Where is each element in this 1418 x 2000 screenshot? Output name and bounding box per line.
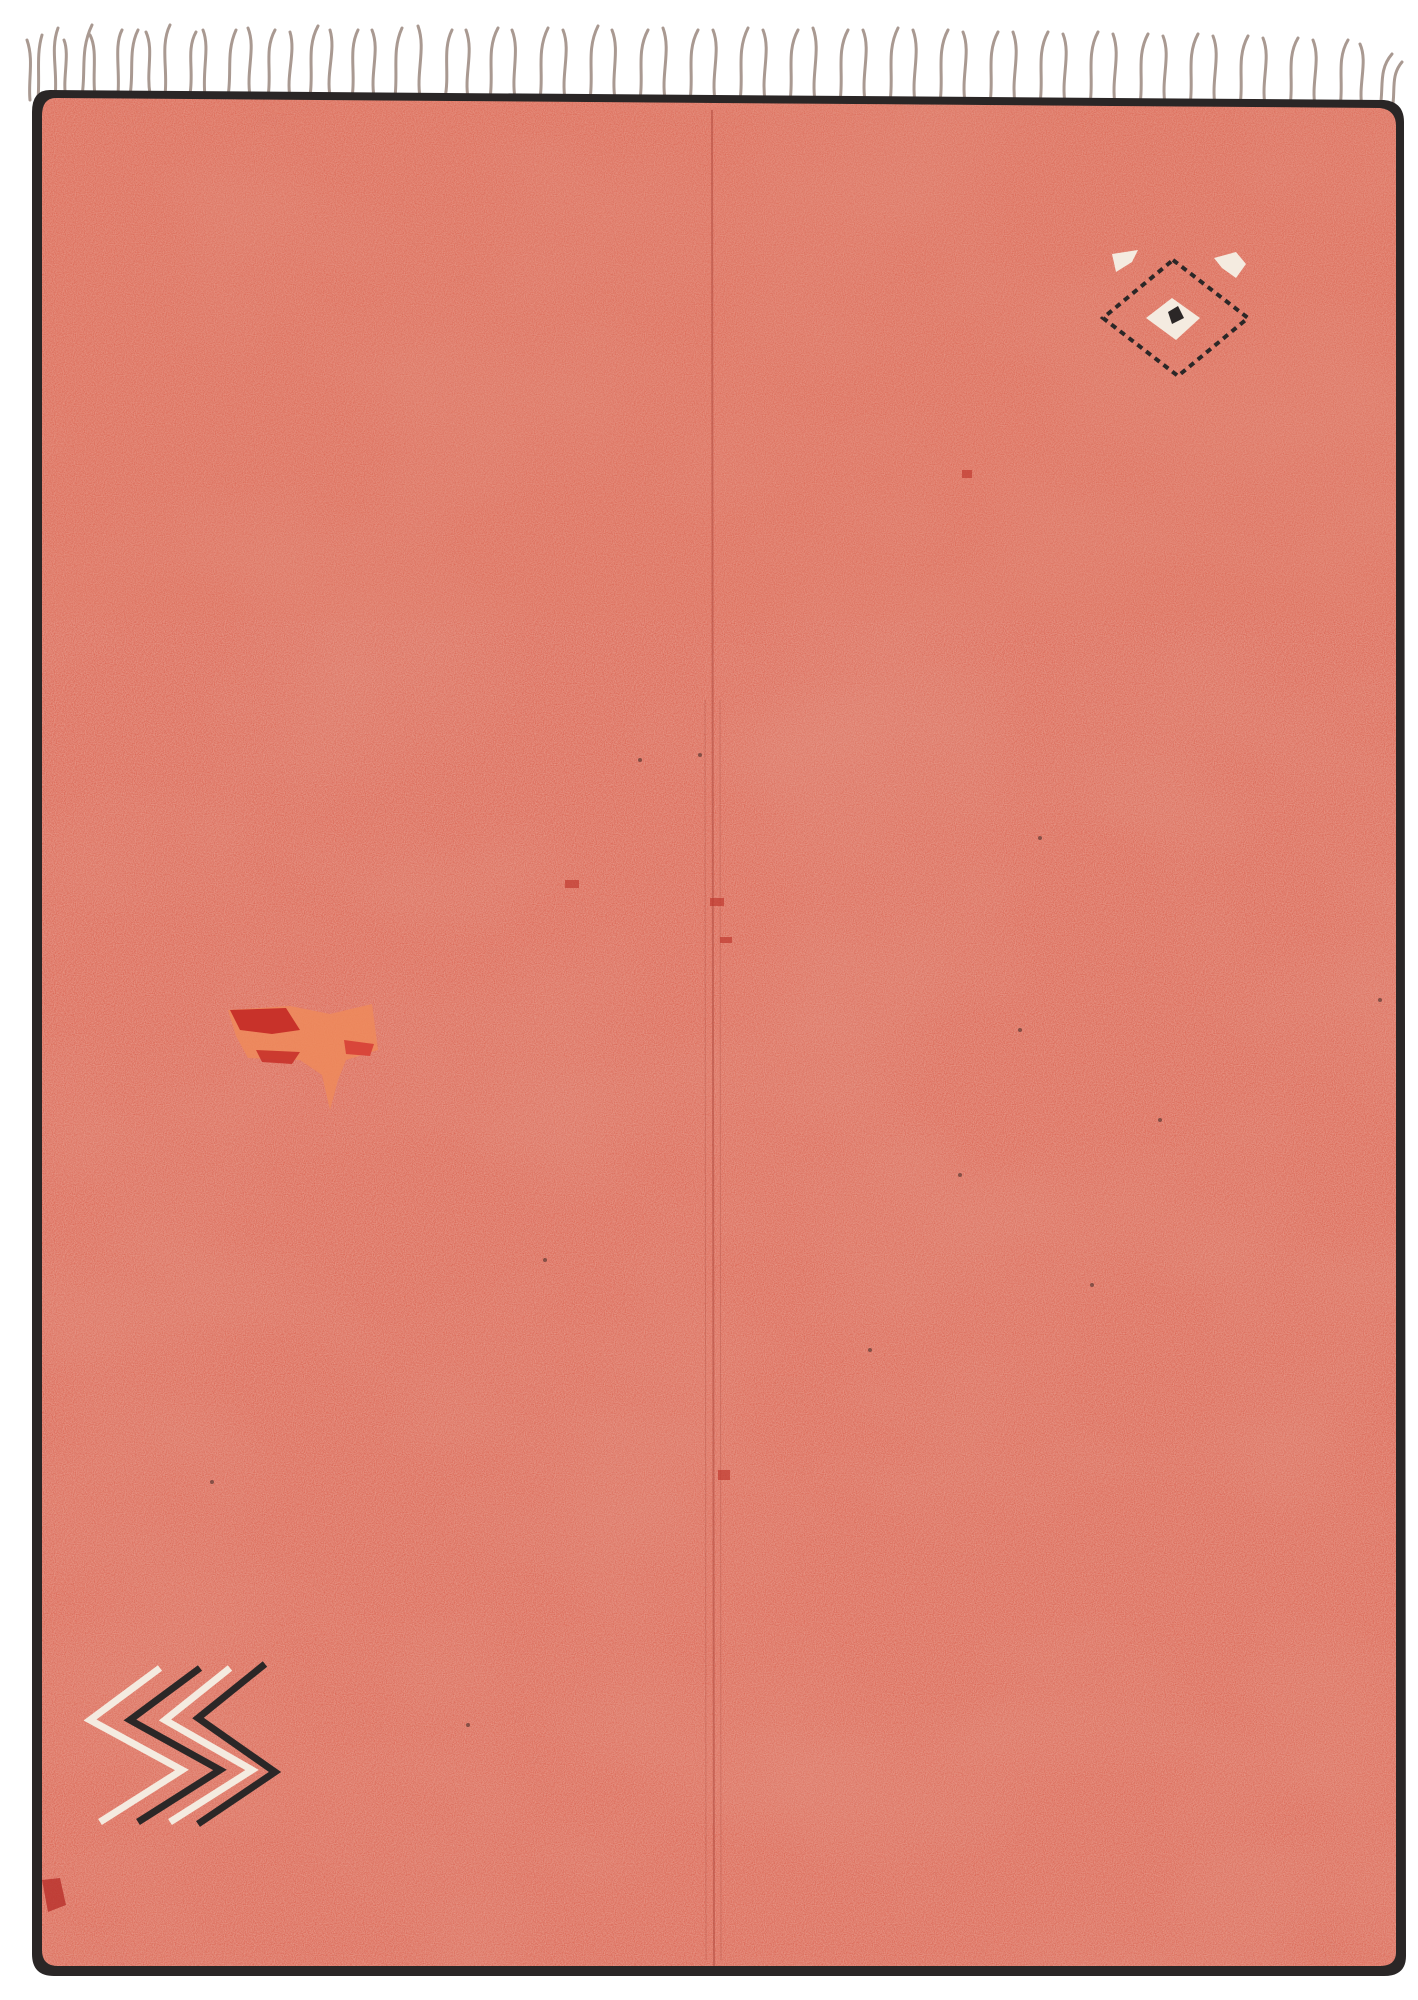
rug-photo <box>0 0 1418 2000</box>
rug-illustration <box>0 0 1418 2000</box>
rug-field <box>0 0 1418 2000</box>
